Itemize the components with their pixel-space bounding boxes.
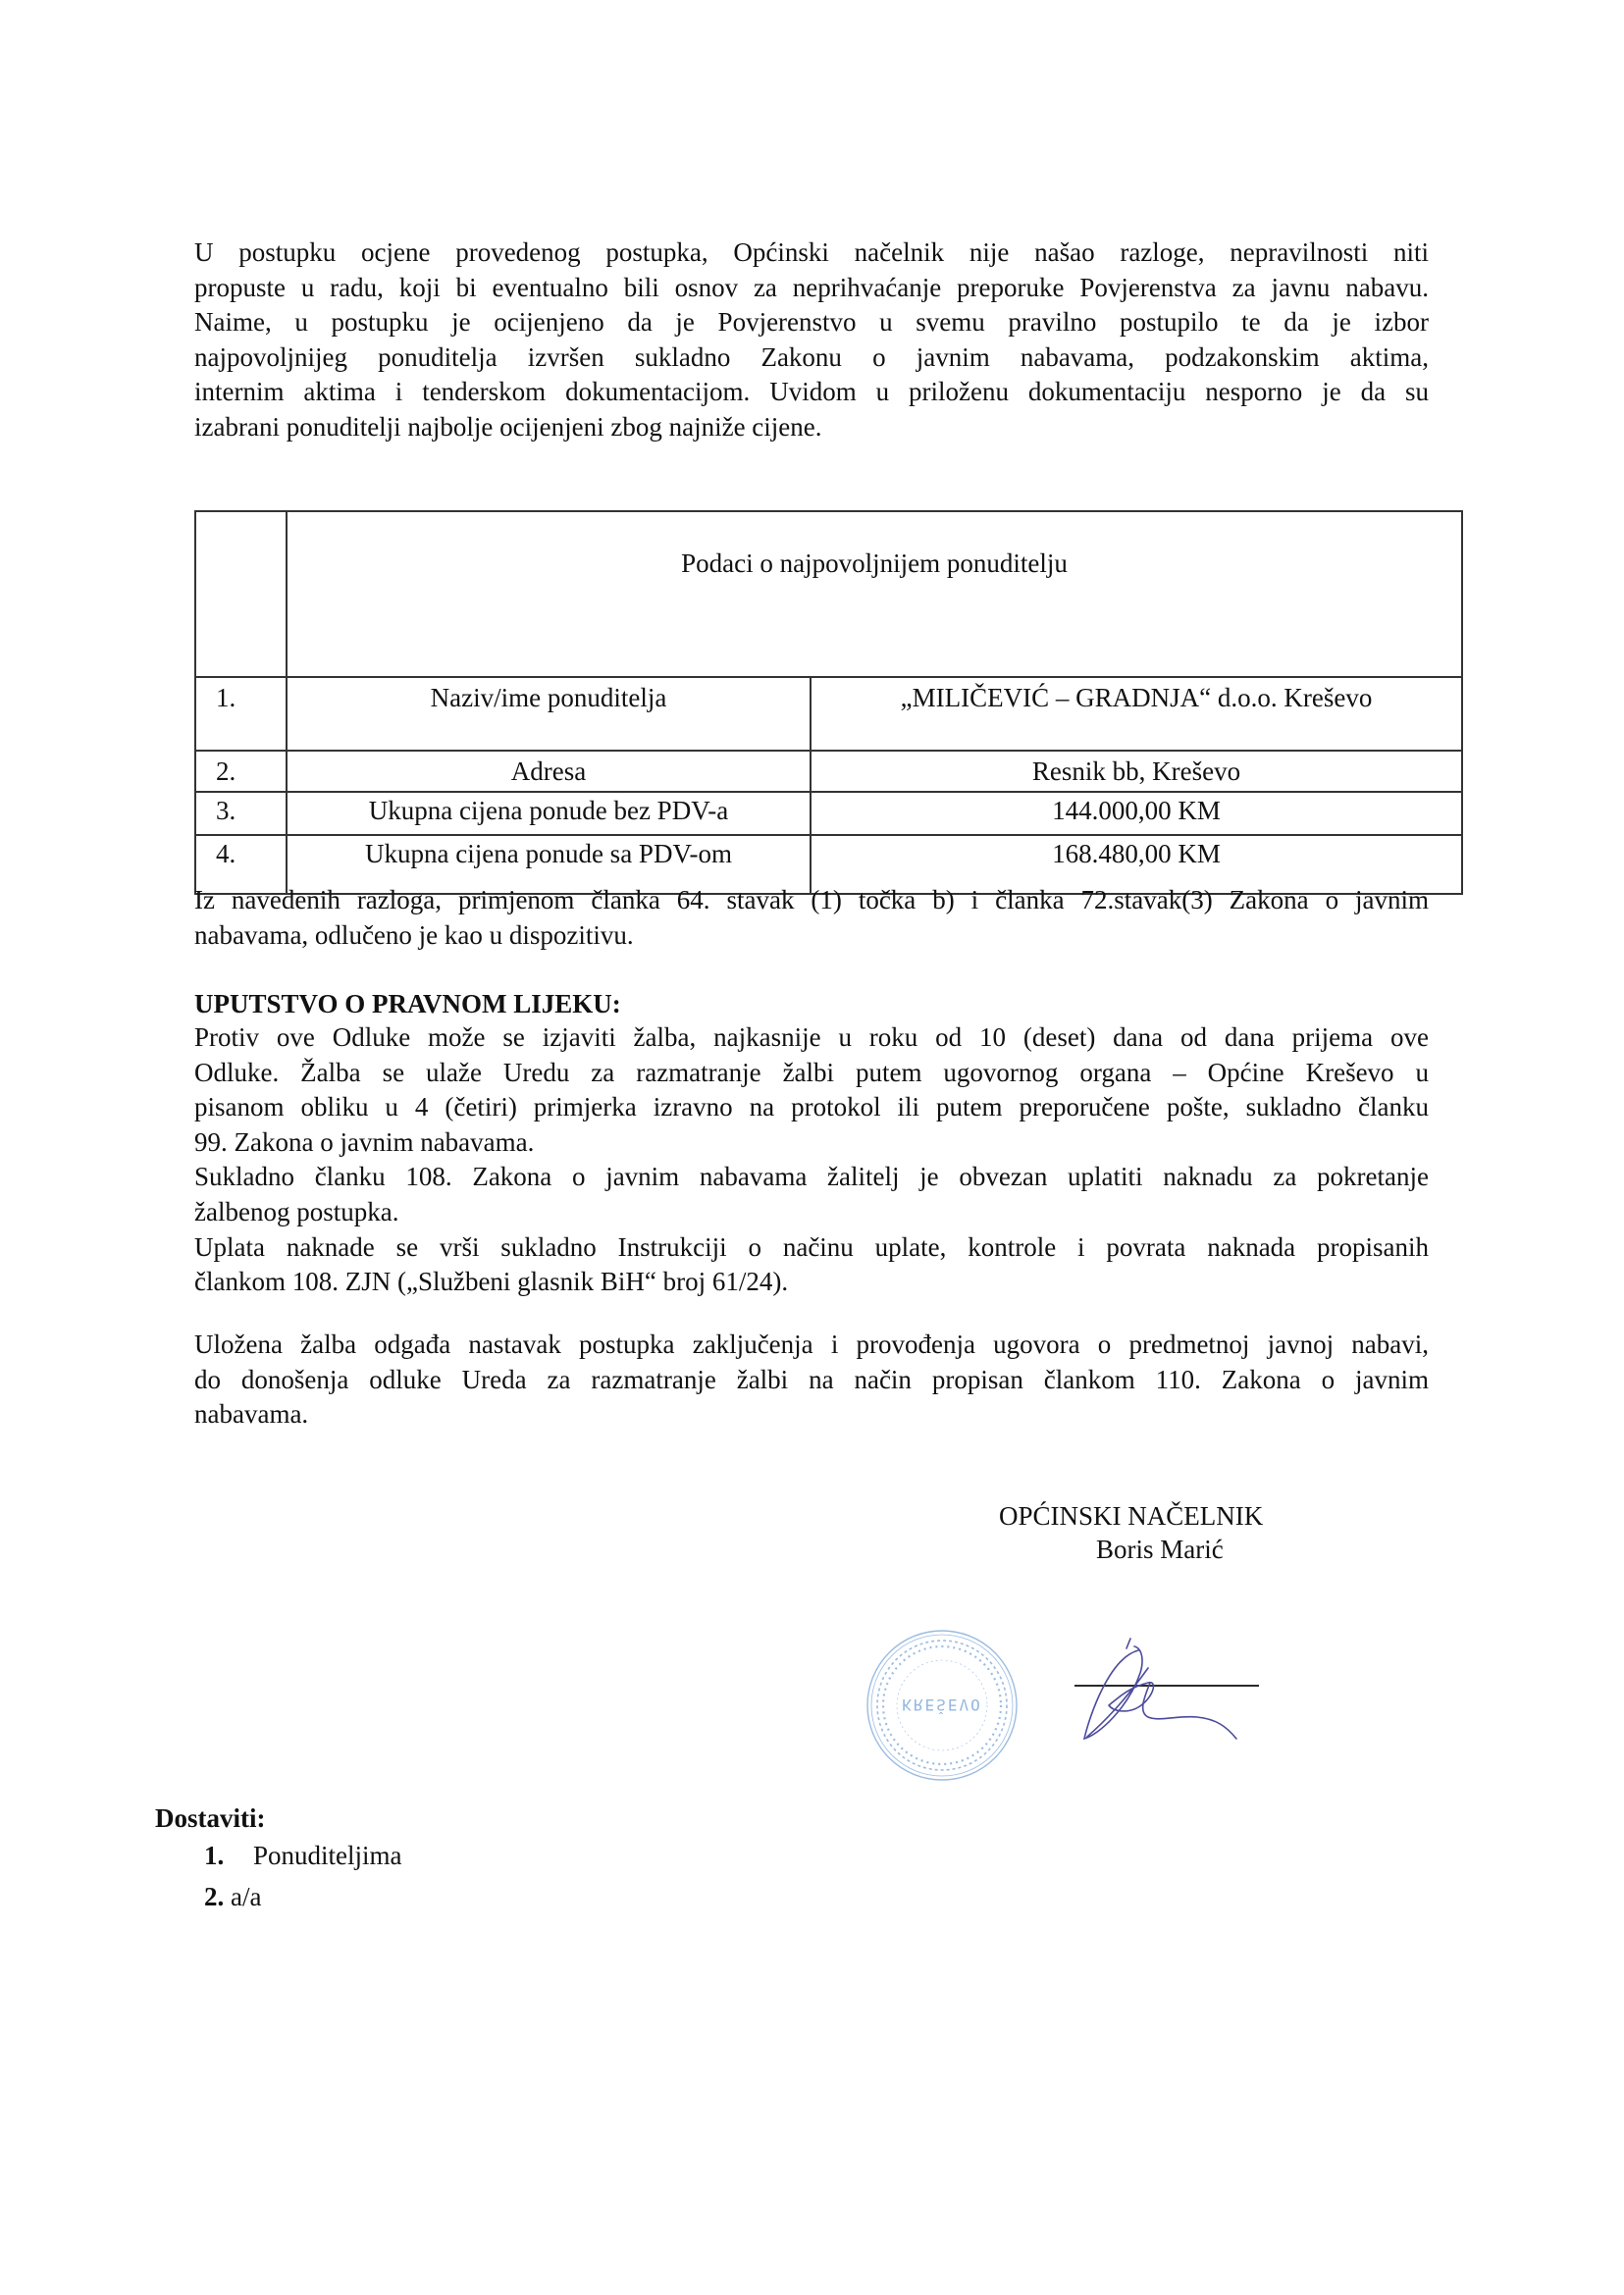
table-header-row: Podaci o najpovoljnijem ponuditelju: [195, 511, 1462, 677]
svg-text:KREŠEVO: KREŠEVO: [902, 1695, 981, 1714]
table-row: 1. Naziv/ime ponuditelja „MILIČEVIĆ – GR…: [195, 677, 1462, 751]
official-stamp-icon: KREŠEVO: [864, 1627, 1021, 1784]
list-item-number: 2.: [204, 1882, 224, 1911]
row-number: 2.: [195, 751, 287, 792]
text-line: Uplata naknade se vrši sukladno Instrukc…: [194, 1230, 1429, 1266]
text-line: najpovoljnijeg ponuditelja izvršen sukla…: [194, 340, 1429, 376]
row-value: 144.000,00 KM: [811, 792, 1462, 835]
text-line: Odluke. Žalba se ulaže Uredu za razmatra…: [194, 1056, 1429, 1091]
list-item-text: Ponuditeljima: [253, 1841, 402, 1870]
text-line: izabrani ponuditelji najbolje ocijenjeni…: [194, 410, 1429, 445]
intro-paragraph: U postupku ocjene provedenog postupka, O…: [194, 235, 1429, 445]
text-line: internim aktima i tenderskom dokumentaci…: [194, 375, 1429, 410]
table-header-number-cell: [195, 511, 287, 677]
row-label: Adresa: [287, 751, 811, 792]
table-title: Podaci o najpovoljnijem ponuditelju: [287, 511, 1462, 677]
text-line: nabavama.: [194, 1397, 1429, 1433]
text-line: do donošenja odluke Ureda za razmatranje…: [194, 1363, 1429, 1398]
text-line: Naime, u postupku je ocijenjeno da je Po…: [194, 305, 1429, 340]
reasons-paragraph: Iz navedenih razloga, primjenom članka 6…: [194, 883, 1429, 953]
text-line: Protiv ove Odluke može se izjaviti žalba…: [194, 1020, 1429, 1056]
list-item-number: 1.: [204, 1835, 253, 1876]
list-item: 1.Ponuditeljima: [204, 1835, 402, 1876]
table-row: 3. Ukupna cijena ponude bez PDV-a 144.00…: [195, 792, 1462, 835]
text-line: U postupku ocjene provedenog postupka, O…: [194, 235, 1429, 271]
list-item: 2. a/a: [204, 1876, 402, 1917]
row-label: Naziv/ime ponuditelja: [287, 677, 811, 751]
row-number: 1.: [195, 677, 287, 751]
text-line: Uložena žalba odgađa nastavak postupka z…: [194, 1328, 1429, 1363]
signatory-title: OPĆINSKI NAČELNIK: [999, 1499, 1263, 1533]
handwritten-signature-icon: [1070, 1629, 1266, 1756]
delivery-list: 1.Ponuditeljima 2. a/a: [204, 1835, 402, 1917]
row-value: Resnik bb, Kreševo: [811, 751, 1462, 792]
row-number: 3.: [195, 792, 287, 835]
text-line: Iz navedenih razloga, primjenom članka 6…: [194, 883, 1429, 918]
best-bidder-table: Podaci o najpovoljnijem ponuditelju 1. N…: [194, 510, 1463, 895]
document-page: U postupku ocjene provedenog postupka, O…: [0, 0, 1624, 2295]
text-line: Sukladno članku 108. Zakona o javnim nab…: [194, 1160, 1429, 1195]
signatory-name: Boris Marić: [1096, 1533, 1224, 1566]
list-item-text: a/a: [231, 1882, 261, 1911]
text-line: propuste u radu, koji bi eventualno bili…: [194, 271, 1429, 306]
text-line: nabavama, odlučeno je kao u dispozitivu.: [194, 918, 1429, 954]
row-label: Ukupna cijena ponude bez PDV-a: [287, 792, 811, 835]
delivery-heading: Dostaviti:: [155, 1801, 265, 1835]
text-line: 99. Zakona o javnim nabavama.: [194, 1125, 1429, 1161]
legal-remedy-paragraph: Protiv ove Odluke može se izjaviti žalba…: [194, 1020, 1429, 1300]
table-row: 2. Adresa Resnik bb, Kreševo: [195, 751, 1462, 792]
legal-remedy-heading: UPUTSTVO O PRAVNOM LIJEKU:: [194, 987, 621, 1021]
text-line: žalbenog postupka.: [194, 1195, 1429, 1230]
row-value: „MILIČEVIĆ – GRADNJA“ d.o.o. Kreševo: [811, 677, 1462, 751]
appeal-paragraph: Uložena žalba odgađa nastavak postupka z…: [194, 1328, 1429, 1433]
text-line: člankom 108. ZJN („Službeni glasnik BiH“…: [194, 1265, 1429, 1300]
text-line: pisanom obliku u 4 (četiri) primjerka iz…: [194, 1090, 1429, 1125]
